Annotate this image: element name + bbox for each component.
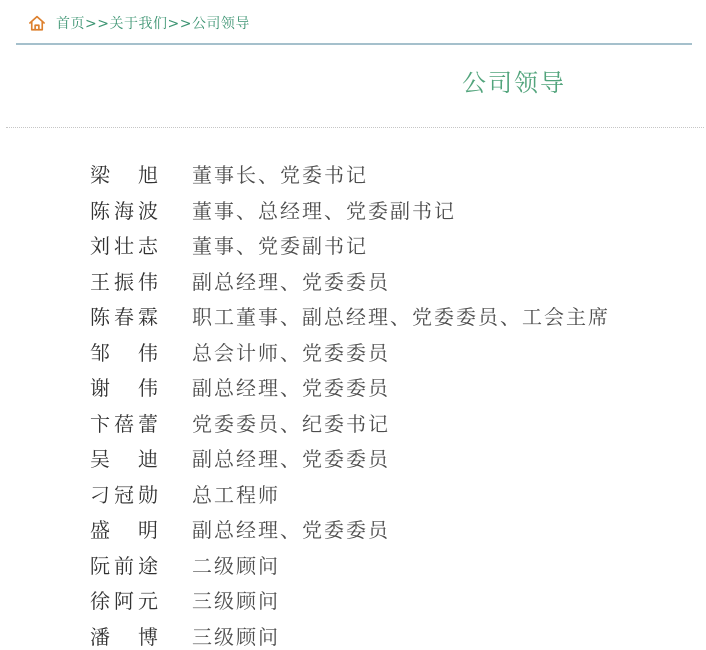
leader-row: 潘 博 三级顾问	[90, 618, 706, 650]
leader-name: 潘 博	[90, 621, 160, 650]
leader-position: 董事长、党委书记	[192, 159, 368, 188]
leader-row: 梁 旭 董事长、党委书记	[90, 156, 706, 192]
leader-row: 邹 伟 总会计师、党委委员	[90, 334, 706, 370]
page-title: 公司领导	[322, 67, 706, 99]
breadcrumb-separator: >>	[167, 16, 191, 32]
leader-name: 盛 明	[90, 514, 160, 543]
breadcrumb-links: 首页>>关于我们>>公司领导	[56, 13, 250, 33]
leader-name: 陈海波	[90, 195, 160, 224]
leader-row: 阮前途 二级顾问	[90, 547, 706, 583]
header-divider	[16, 43, 692, 45]
breadcrumb-separator: >>	[85, 16, 109, 32]
leader-row: 徐阿元 三级顾问	[90, 582, 706, 618]
leader-position: 三级顾问	[192, 621, 280, 650]
leader-position: 三级顾问	[192, 585, 280, 614]
leader-position: 党委委员、纪委书记	[192, 408, 390, 437]
leader-name: 刁冠勋	[90, 479, 160, 508]
leader-name: 梁 旭	[90, 159, 160, 188]
leader-position: 董事、总经理、党委副书记	[192, 195, 456, 224]
leader-name: 谢 伟	[90, 372, 160, 401]
leader-row: 盛 明 副总经理、党委委员	[90, 511, 706, 547]
leader-row: 王振伟 副总经理、党委委员	[90, 263, 706, 299]
leader-row: 陈海波 董事、总经理、党委副书记	[90, 192, 706, 228]
leader-row: 卞蓓蕾 党委委员、纪委书记	[90, 405, 706, 441]
leader-name: 吴 迪	[90, 443, 160, 472]
leader-row: 刘壮志 董事、党委副书记	[90, 227, 706, 263]
title-section: 公司领导	[322, 67, 706, 99]
leader-position: 副总经理、党委委员	[192, 266, 390, 295]
leader-position: 董事、党委副书记	[192, 230, 368, 259]
leader-row: 谢 伟 副总经理、党委委员	[90, 369, 706, 405]
leader-position: 职工董事、副总经理、党委委员、工会主席	[192, 301, 610, 330]
leader-name: 刘壮志	[90, 230, 160, 259]
leader-position: 副总经理、党委委员	[192, 514, 390, 543]
leader-name: 陈春霖	[90, 301, 160, 330]
leader-position: 副总经理、党委委员	[192, 372, 390, 401]
leader-position: 副总经理、党委委员	[192, 443, 390, 472]
breadcrumb-item-about-us[interactable]: 关于我们	[109, 16, 167, 32]
breadcrumb: 首页>>关于我们>>公司领导	[0, 0, 706, 41]
leader-row: 吴 迪 副总经理、党委委员	[90, 440, 706, 476]
company-leaders-page: 首页>>关于我们>>公司领导 公司领导 梁 旭 董事长、党委书记 陈海波 董事、…	[0, 0, 706, 650]
leader-position: 二级顾问	[192, 550, 280, 579]
leader-name: 邹 伟	[90, 337, 160, 366]
home-icon[interactable]	[28, 14, 46, 32]
leader-name: 王振伟	[90, 266, 160, 295]
leader-position: 总会计师、党委委员	[192, 337, 390, 366]
leader-position: 总工程师	[192, 479, 280, 508]
leader-name: 卞蓓蕾	[90, 408, 160, 437]
leader-row: 陈春霖 职工董事、副总经理、党委委员、工会主席	[90, 298, 706, 334]
title-divider	[6, 127, 704, 128]
leader-name: 徐阿元	[90, 585, 160, 614]
breadcrumb-item-home[interactable]: 首页	[56, 16, 85, 32]
breadcrumb-item-company-leaders[interactable]: 公司领导	[192, 16, 250, 32]
leader-name: 阮前途	[90, 550, 160, 579]
leaders-list: 梁 旭 董事长、党委书记 陈海波 董事、总经理、党委副书记 刘壮志 董事、党委副…	[90, 156, 706, 650]
leader-row: 刁冠勋 总工程师	[90, 476, 706, 512]
